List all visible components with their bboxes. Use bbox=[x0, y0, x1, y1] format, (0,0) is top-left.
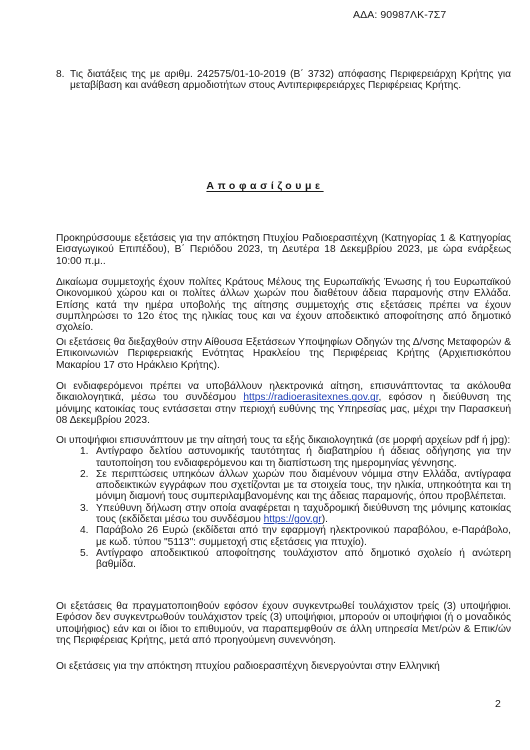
radioerasitexnes-link[interactable]: https://radioerasitexnes.gov.gr bbox=[243, 392, 378, 403]
list-item: 3. Υπεύθυνη δήλωση στην οποία αναφέρεται… bbox=[80, 503, 511, 526]
page-number: 2 bbox=[495, 698, 501, 710]
paragraph-announcement: Προκηρύσσουμε εξετάσεις για την απόκτηση… bbox=[56, 233, 511, 267]
list-item: 2. Σε περιπτώσεις υπηκόων άλλων χωρών πο… bbox=[80, 469, 511, 503]
paragraph-eligibility: Δικαίωμα συμμετοχής έχουν πολίτες Κράτου… bbox=[56, 277, 511, 333]
preamble-item: 8. Τις διατάξεις της με αριθμ. 242575/01… bbox=[56, 69, 511, 92]
section-heading: Αποφασίζουμε bbox=[0, 180, 530, 192]
paragraph-documents: Οι υποψήφιοι επισυνάπτουν με την αίτησή … bbox=[56, 435, 511, 571]
list-text: Τις διατάξεις της με αριθμ. 242575/01-10… bbox=[70, 69, 511, 91]
list-item: 1. Αντίγραφο δελτίου αστυνομικής ταυτότη… bbox=[80, 446, 511, 469]
paragraph-location: Οι εξετάσεις θα διεξαχθούν στην Αίθουσα … bbox=[56, 337, 511, 371]
list-number: 8. bbox=[56, 69, 65, 80]
paragraph-minimum-candidates: Οι εξετάσεις θα πραγματοποιηθούν εφόσον … bbox=[56, 601, 511, 646]
list-item: 4. Παράβολο 26 Ευρώ (εκδίδεται από την ε… bbox=[80, 525, 511, 548]
documents-list: 1. Αντίγραφο δελτίου αστυνομικής ταυτότη… bbox=[56, 446, 511, 570]
paragraph-exam-language: Οι εξετάσεις για την απόκτηση πτυχίου ρα… bbox=[56, 661, 511, 672]
ada-code: ΑΔΑ: 90987ΛΚ-7Σ7 bbox=[353, 9, 446, 21]
gov-gr-link[interactable]: https://gov.gr bbox=[264, 514, 322, 525]
paragraph-application: Οι ενδιαφερόμενοι πρέπει να υποβάλλουν η… bbox=[56, 381, 511, 426]
list-item: 8. Τις διατάξεις της με αριθμ. 242575/01… bbox=[56, 69, 511, 92]
list-item: 5. Αντίγραφο αποδεικτικού αποφοίτησης το… bbox=[80, 548, 511, 571]
